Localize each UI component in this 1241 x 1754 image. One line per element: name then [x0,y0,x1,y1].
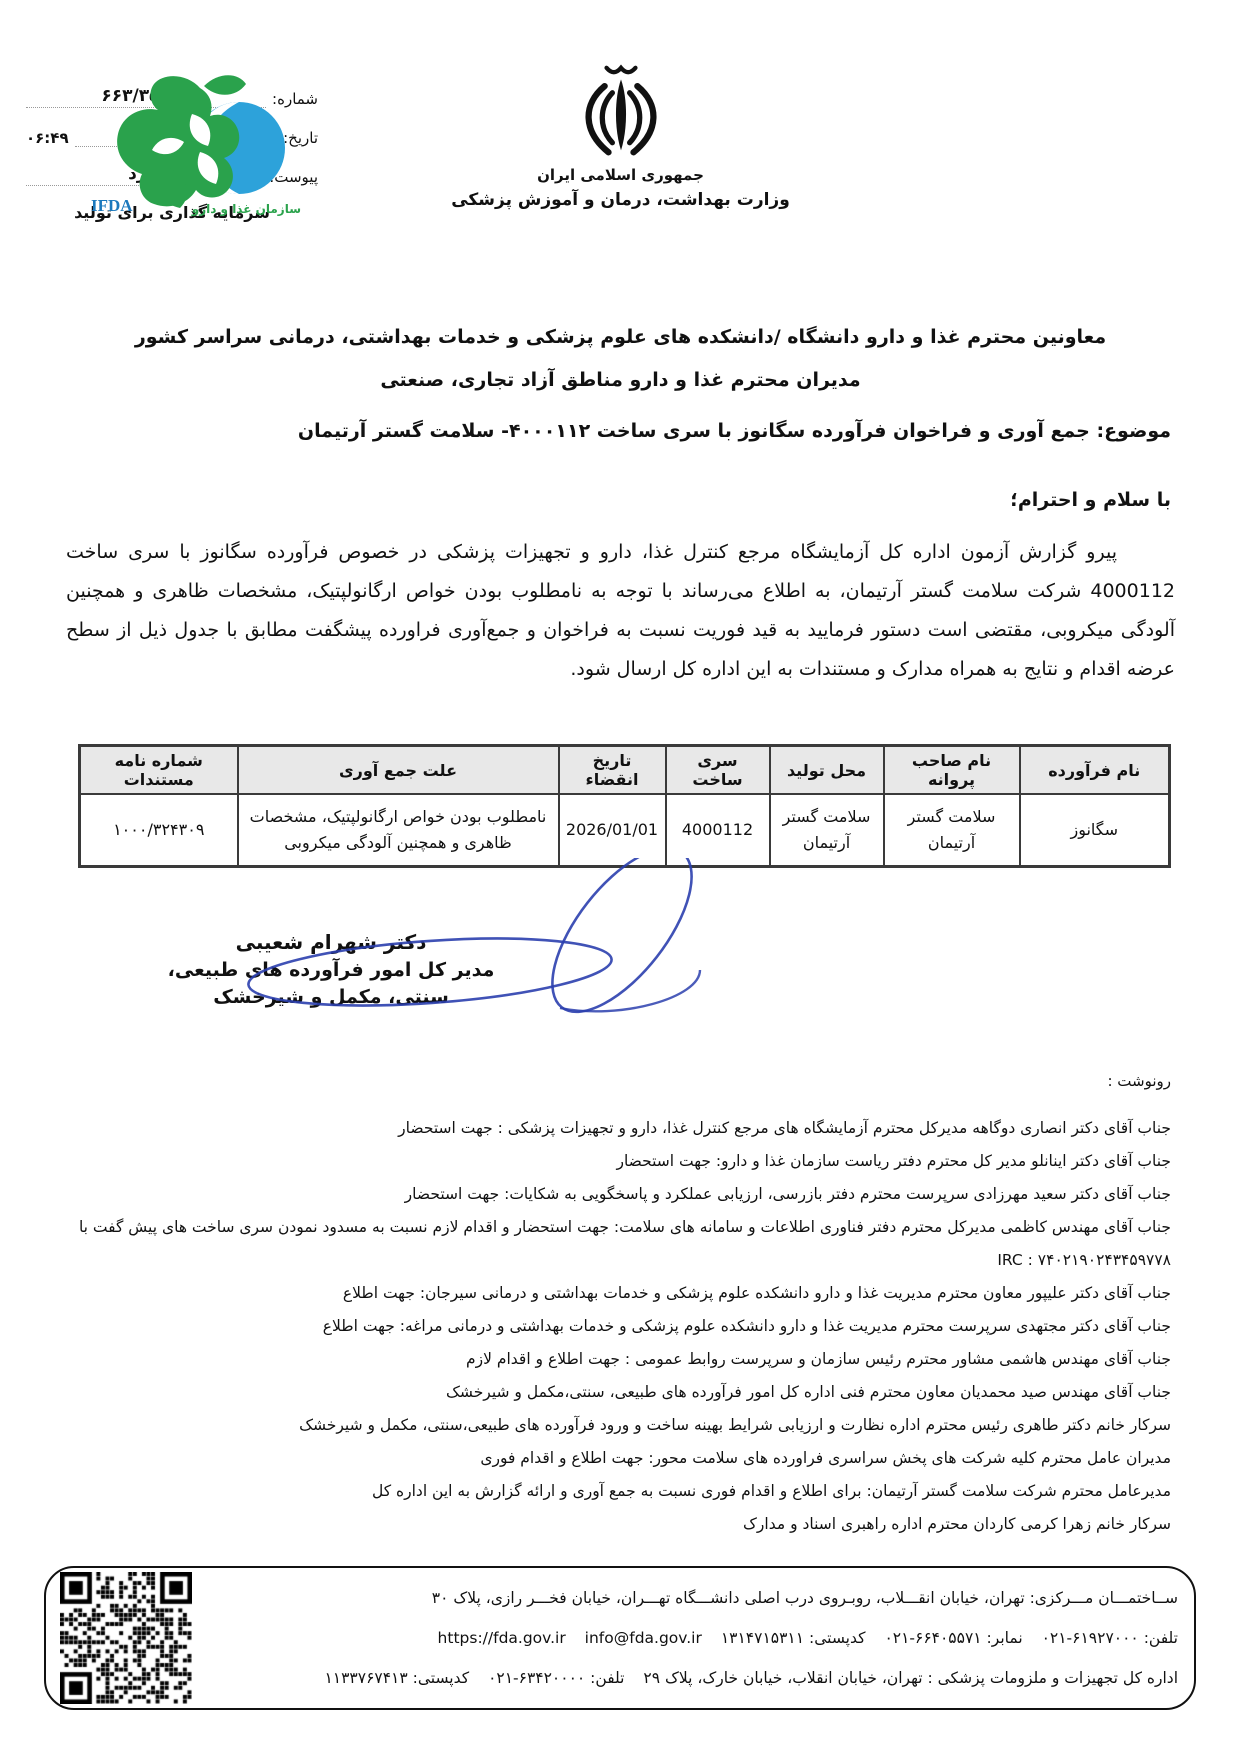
signature-block: دکتر شهرام شعیبی مدیر کل امور فرآورده ها… [151,928,511,1011]
addressee-line-2: مدیران محترم غذا و دارو مناطق آزاد تجاری… [0,369,1241,391]
ifda-logo-block: سازمان غذا و دارو IFDA [91,70,301,216]
cell-batch-number: 4000112 [666,794,770,867]
col-product-name: نام فرآورده [1020,746,1170,795]
phone-number: ۰۲۱-۶۱۹۲۷۰۰۰ [1042,1618,1139,1658]
national-emblem-block: جمهوری اسلامی ایران وزارت بهداشت، درمان … [411,62,831,210]
cc-list: جناب آقای دکتر انصاری دوگاهه مدیرکل محتر… [60,1112,1171,1541]
addressee-line-1: معاونین محترم غذا و دارو دانشگاه /دانشکد… [0,326,1241,348]
signer-title-line-1: مدیر کل امور فرآورده های طبیعی، [151,957,511,984]
letter-time-value: ۰۶:۴۹ [26,129,69,147]
fax-number: ۰۲۱-۶۶۴۰۵۵۷۱ [884,1618,981,1658]
cc-item: جناب آقای دکتر مجتهدی سرپرست محترم مدیری… [60,1310,1171,1343]
cc-item: جناب آقای مهندس صید محمدیان معاون محترم … [60,1376,1171,1409]
cc-item: جناب آقای دکتر انصاری دوگاهه مدیرکل محتر… [60,1112,1171,1145]
footer-contact-box: ســاختمـــان مـــرکزی: تهران، خیابان انق… [44,1566,1196,1710]
letter-page: شماره: ۶۶۳/۳۵۷۰۵ تاریخ: ۱۴۰۴/۰۵/۲۶ ۰۶:۴۹… [0,0,1241,1754]
col-production-site: محل تولید [770,746,884,795]
cc-item: جناب آقای دکتر علیپور معاون محترم مدیریت… [60,1277,1171,1310]
iran-emblem-icon [573,62,669,162]
footer-medical-dept-line: اداره کل تجهیزات و ملزومات پزشکی : تهران… [216,1658,1178,1698]
footer-lines: ســاختمـــان مـــرکزی: تهران، خیابان انق… [216,1578,1178,1698]
ifda-org-name-fa: سازمان غذا و دارو [192,202,301,216]
recall-table: نام فرآورده نام صاحب پروانه محل تولید سر… [78,744,1171,868]
cell-recall-reason: نامطلوب بودن خواص ارگانولپتیک، مشخصات ظا… [238,794,559,867]
signer-title-line-2: سنتی، مکمل و شیرخشک [151,984,511,1011]
ifda-captions: سازمان غذا و دارو IFDA [91,196,301,216]
recall-table-data-row: سگانوز سلامت گستر آرتیمان سلامت گستر آرت… [80,794,1170,867]
government-title: جمهوری اسلامی ایران [411,166,831,184]
col-license-holder: نام صاحب پروانه [884,746,1020,795]
cell-expiry-date: 2026/01/01 [559,794,666,867]
col-recall-reason: علت جمع آوری [238,746,559,795]
cell-production-site: سلامت گستر آرتیمان [770,794,884,867]
cc-item: جناب آقای دکتر سعید مهرزادی سرپرست محترم… [60,1178,1171,1211]
col-expiry-date: تاریخ انقضاء [559,746,666,795]
cc-item: مدیران عامل محترم کلیه شرکت های پخش سراس… [60,1442,1171,1475]
footer-contact-line: تلفن: ۰۲۱-۶۱۹۲۷۰۰۰ نمابر: ۰۲۱-۶۶۴۰۵۵۷۱ ک… [216,1618,1178,1658]
cell-product-name: سگانوز [1020,794,1170,867]
cc-item: مدیرعامل محترم شرکت سلامت گستر آرتیمان: … [60,1475,1171,1508]
cell-license-holder: سلامت گستر آرتیمان [884,794,1020,867]
ifda-acronym: IFDA [91,196,133,216]
cc-item: سرکار خانم دکتر طاهری رئیس محترم اداره ن… [60,1409,1171,1442]
fax-label: نمابر: [987,1629,1023,1647]
medical-dept-postal: ۱۱۳۳۷۶۷۴۱۳ [324,1658,407,1698]
qr-code [60,1572,192,1704]
signer-name: دکتر شهرام شعیبی [151,928,511,957]
recall-table-header-row: نام فرآورده نام صاحب پروانه محل تولید سر… [80,746,1170,795]
salutation-line: با سلام و احترام؛ [70,489,1171,511]
medical-dept-address: اداره کل تجهیزات و ملزومات پزشکی : تهران… [643,1669,1178,1687]
cell-document-letter-number: ۱۰۰۰/۳۲۴۳۰۹ [80,794,238,867]
footer-address-line: ســاختمـــان مـــرکزی: تهران، خیابان انق… [216,1578,1178,1618]
postal-code: ۱۳۱۴۷۱۵۳۱۱ [721,1618,804,1658]
cc-label: رونوشت : [1107,1072,1171,1090]
irc-code: IRC : ۷۴۰۲۱۹۰۲۴۳۴۵۹۷۷۸ [997,1244,1171,1277]
cc-item-text: جناب آقای مهندس کاظمی مدیرکل محترم دفتر … [79,1218,1171,1236]
cc-item-with-irc: جناب آقای مهندس کاظمی مدیرکل محترم دفتر … [60,1211,1171,1277]
phone-label: تلفن: [1144,1629,1178,1647]
medical-dept-phone-label: تلفن: [590,1669,624,1687]
ministry-title: وزارت بهداشت، درمان و آموزش پزشکی [411,190,831,210]
cc-item: جناب آقای دکتر اینانلو مدیر کل محترم دفت… [60,1145,1171,1178]
letter-body: پیرو گزارش آزمون اداره کل آزمایشگاه مرجع… [66,533,1175,689]
email-link[interactable]: info@fda.gov.ir [585,1618,702,1658]
cc-item: جناب آقای مهندس هاشمی مشاور محترم رئیس س… [60,1343,1171,1376]
ifda-logo-icon [96,70,296,210]
medical-dept-phone: ۰۲۱-۶۳۴۲۰۰۰۰ [488,1658,585,1698]
postal-label: کدپستی: [809,1629,865,1647]
col-document-letter-number: شماره نامه مستندات [80,746,238,795]
website-link[interactable]: https://fda.gov.ir [438,1618,566,1658]
cc-item: سرکار خانم زهرا کرمی کاردان محترم اداره … [60,1508,1171,1541]
col-batch-number: سری ساخت [666,746,770,795]
medical-dept-postal-label: کدپستی: [413,1669,469,1687]
subject-line: موضوع: جمع آوری و فراخوان فرآورده سگانوز… [70,420,1171,442]
